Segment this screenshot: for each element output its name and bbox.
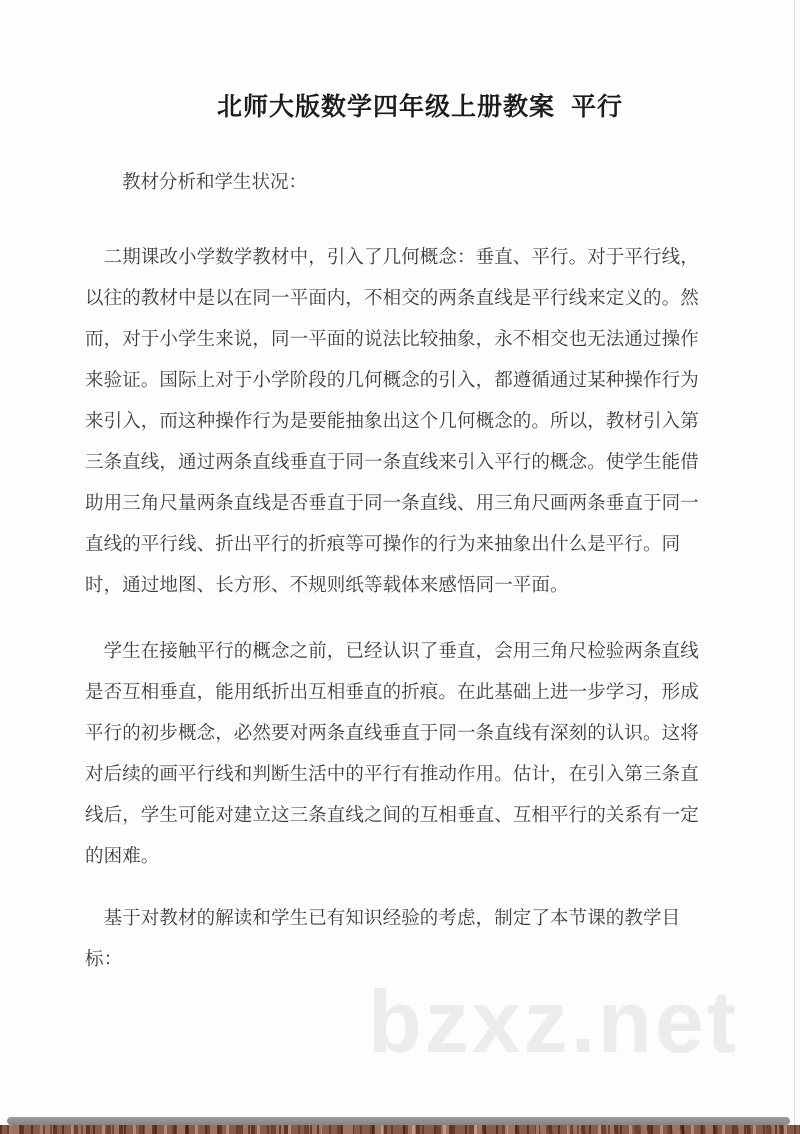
text-line: 平行的初步概念，必然要对两条直线垂直于同一条直线有深刻的认识。这将 [85,714,735,755]
text-line: 的困难。 [85,837,735,878]
paragraph: 二期课改小学数学教材中，引入了几何概念：垂直、平行。对于平行线，以往的教材中是以… [85,238,735,607]
body-paragraphs: 二期课改小学数学教材中，引入了几何概念：垂直、平行。对于平行线，以往的教材中是以… [85,0,735,1134]
text-line: 来引入，而这种操作行为是要能抽象出这个几何概念的。所以，教材引入第 [85,402,735,443]
text-line: 直线的平行线、折出平行的折痕等可操作的行为来抽象出什么是平行。同 [85,525,735,566]
desk-surface [0,1125,800,1134]
page-right-edge-line [794,0,795,1125]
text-line: 对后续的画平行线和判断生活中的平行有推动作用。估计，在引入第三条直 [85,755,735,796]
text-line: 三条直线，通过两条直线垂直于同一条直线来引入平行的概念。使学生能借 [85,443,735,484]
paragraph: 基于对教材的解读和学生已有知识经验的考虑，制定了本节课的教学目标： [85,899,735,981]
text-line: 线后，学生可能对建立这三条直线之间的互相垂直、互相平行的关系有一定 [85,796,735,837]
text-line: 二期课改小学数学教材中，引入了几何概念：垂直、平行。对于平行线， [85,238,735,279]
paragraph: 学生在接触平行的概念之前，已经认识了垂直，会用三角尺检验两条直线是否互相垂直，能… [85,632,735,878]
document-page: 北师大版数学四年级上册教案 平行 教材分析和学生状况： 二期课改小学数学教材中，… [0,0,800,1134]
page-bottom-edge-bar [7,1117,790,1125]
text-line: 而，对于小学生来说，同一平面的说法比较抽象，永不相交也无法通过操作 [85,320,735,361]
text-line: 是否互相垂直，能用纸折出互相垂直的折痕。在此基础上进一步学习，形成 [85,673,735,714]
watermark: bzxz.net [368,978,739,1066]
text-line: 时，通过地图、长方形、不规则纸等载体来感悟同一平面。 [85,566,735,607]
text-line: 以往的教材中是以在同一平面内，不相交的两条直线是平行线来定义的。然 [85,279,735,320]
text-line: 来验证。国际上对于小学阶段的几何概念的引入，都遵循通过某种操作行为 [85,361,735,402]
text-line: 学生在接触平行的概念之前，已经认识了垂直，会用三角尺检验两条直线 [85,632,735,673]
text-line: 基于对教材的解读和学生已有知识经验的考虑，制定了本节课的教学目 [85,899,735,940]
text-line: 助用三角尺量两条直线是否垂直于同一条直线、用三角尺画两条垂直于同一 [85,484,735,525]
